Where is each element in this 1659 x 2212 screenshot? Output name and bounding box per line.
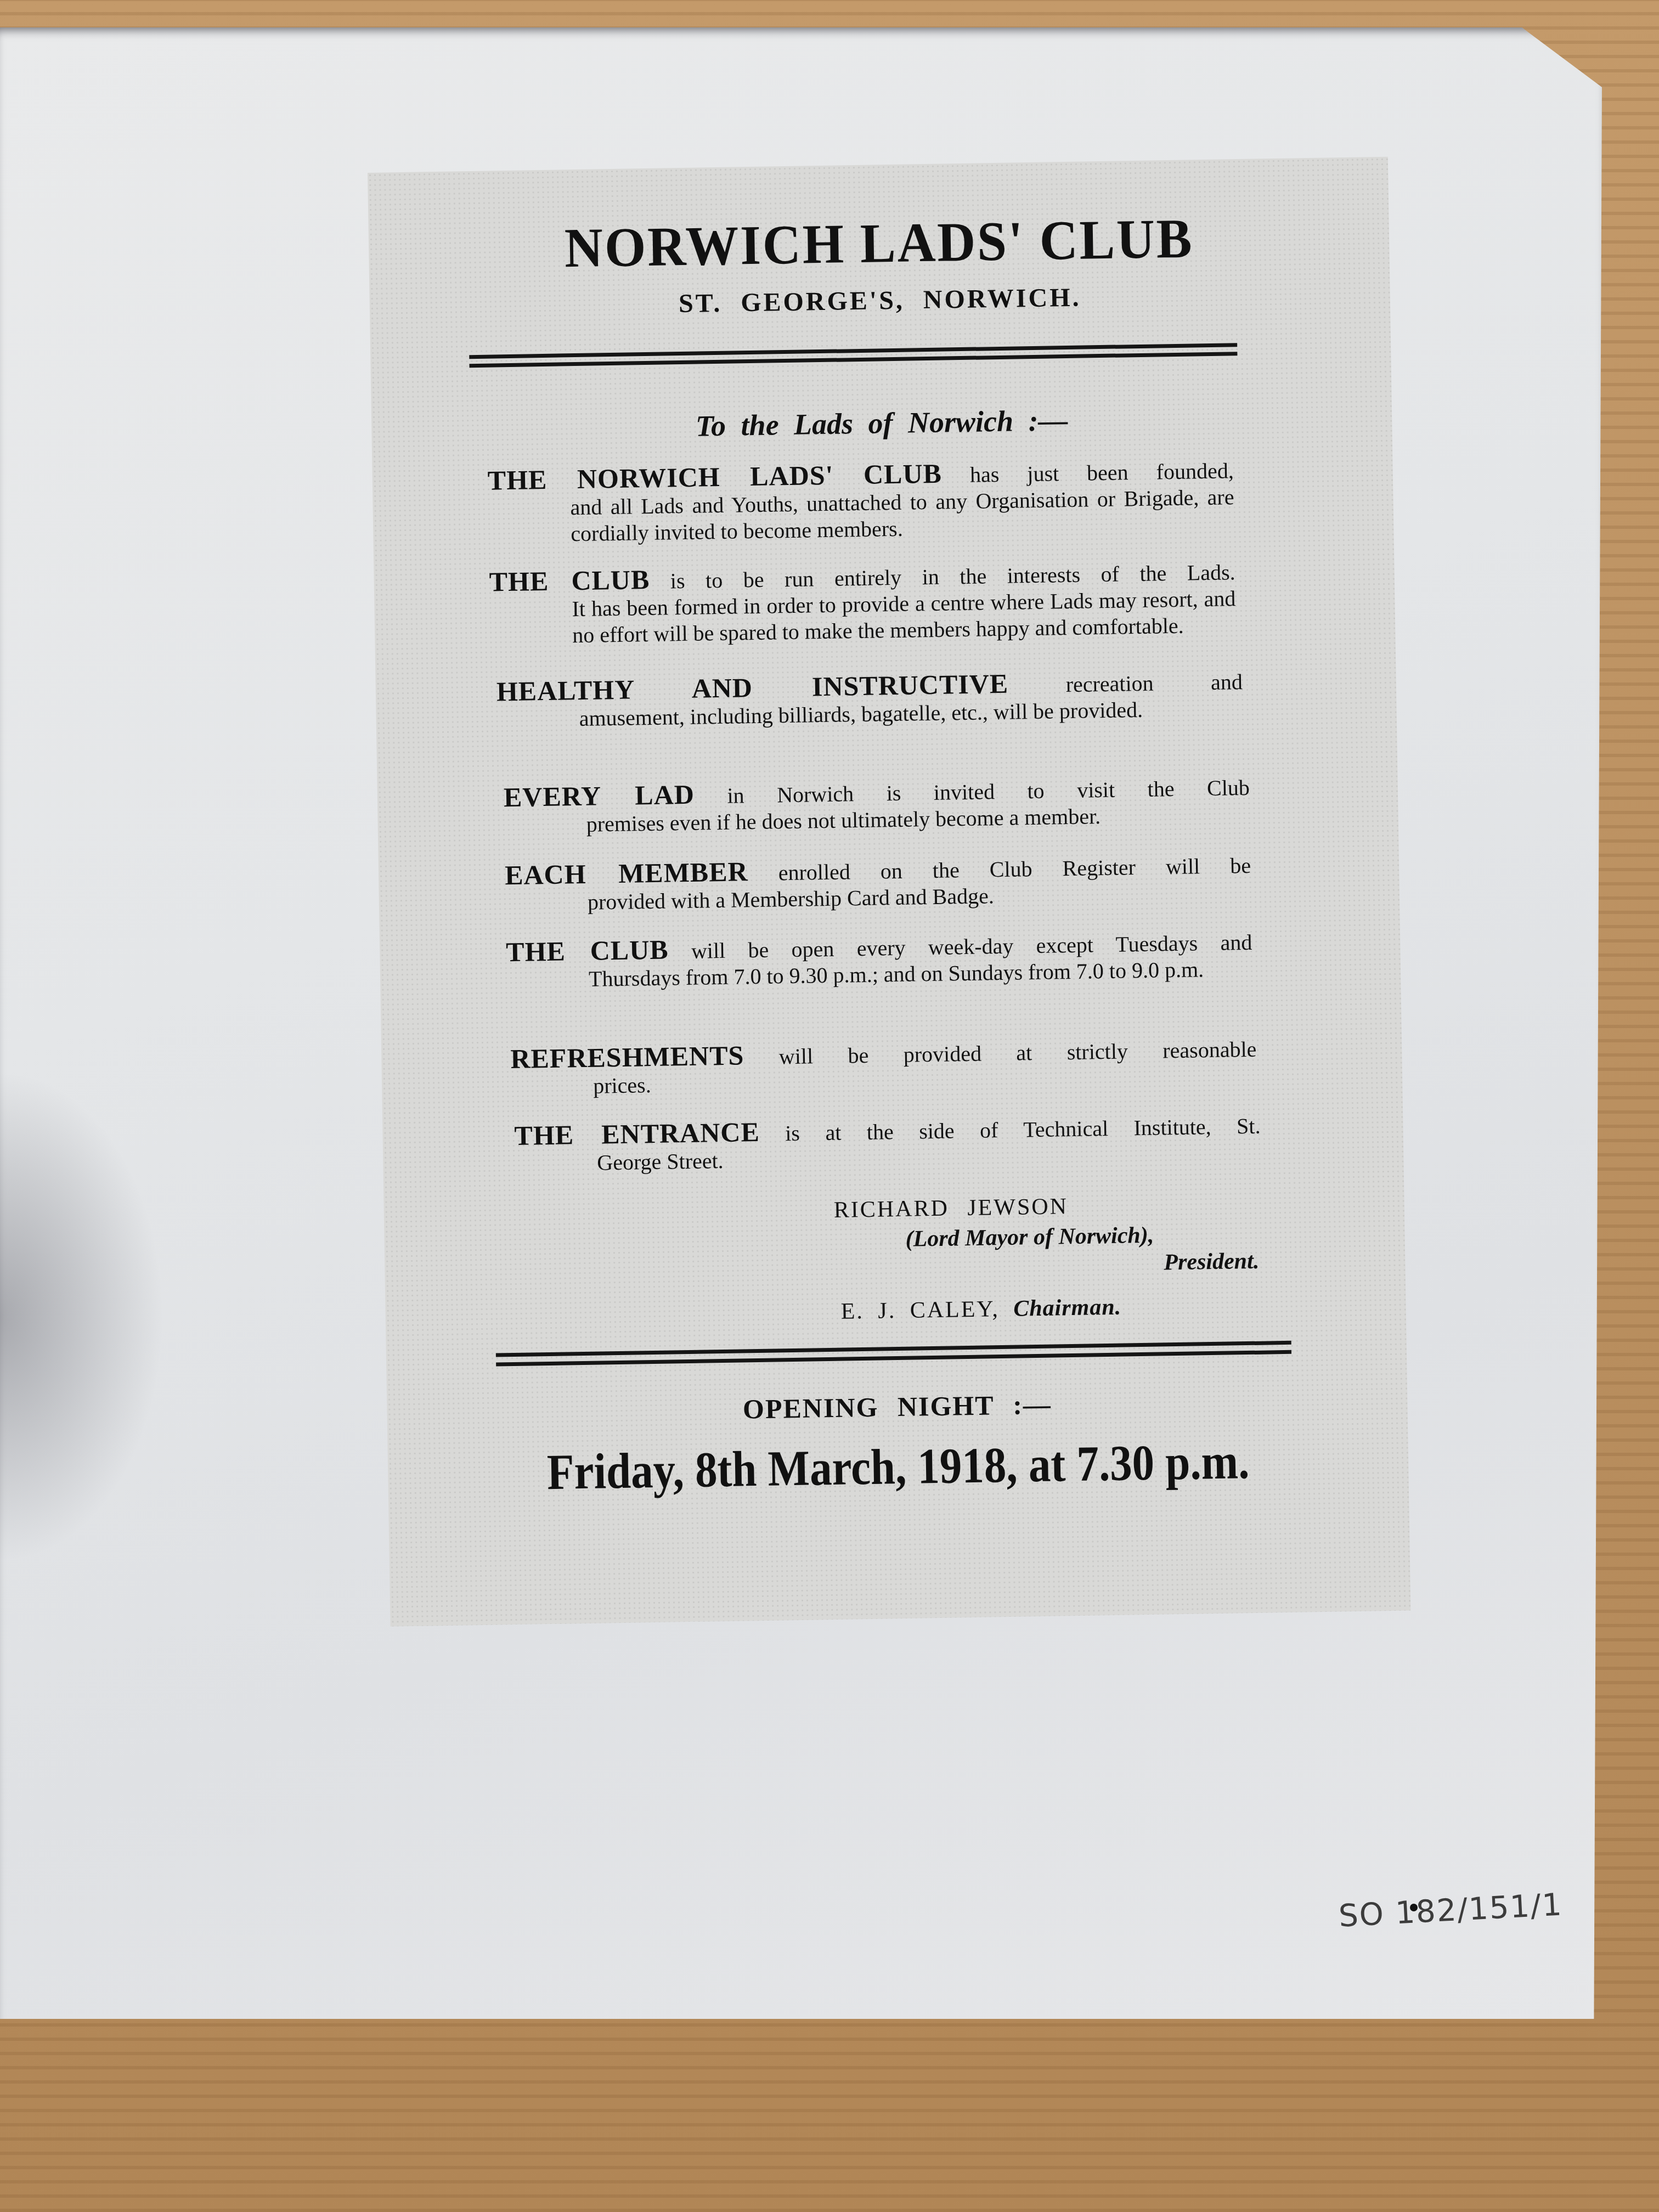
chairman-signature: E. J. CALEY, Chairman. [840,1294,1121,1325]
president-role: President. [1164,1248,1260,1276]
flyer-title: NORWICH LADS' CLUB [394,204,1364,284]
chairman-role: Chairman. [1013,1295,1122,1322]
paragraph-lead: THE CLUB [506,934,669,968]
paragraph-text: has just been founded, [970,458,1234,487]
paragraph: THE ENTRANCE is at the side of Technical… [514,1111,1261,1177]
paragraph: THE NORWICH LADS' CLUB has just been fou… [487,455,1234,548]
paragraph-lead: THE ENTRANCE [514,1116,760,1151]
paragraph: EACH MEMBER enrolled on the Club Registe… [505,850,1251,917]
opening-night-date: Friday, 8th March, 1918, at 7.30 p.m. [449,1430,1347,1503]
paragraph-lead: EVERY LAD [503,779,695,812]
flyer-document: NORWICH LADS' CLUB ST. GEORGE'S, NORWICH… [368,157,1410,1627]
paragraph-lead: REFRESHMENTS [510,1040,744,1074]
paragraph-lead: THE CLUB [489,564,650,597]
paragraph: THE CLUB is to be run entirely in the in… [489,557,1236,650]
mount-board: NORWICH LADS' CLUB ST. GEORGE'S, NORWICH… [0,27,1602,2019]
salutation: To the Lads of Norwich :— [371,398,1392,448]
shadow [0,1070,165,1564]
paragraph-continuation: and all Lads and Youths, unattached to a… [488,484,1234,548]
flyer-subtitle: ST. GEORGE'S, NORWICH. [369,278,1390,324]
paragraph: THE CLUB will be open every week-day exc… [506,927,1252,994]
paragraph: EVERY LAD in Norwich is invited to visit… [504,772,1250,839]
paragraph: HEALTHY AND INSTRUCTIVE recreation and a… [496,667,1243,733]
paragraph-lead: EACH MEMBER [505,856,748,890]
president-name: RICHARD JEWSON [833,1193,1068,1223]
chairman-name: E. J. CALEY, [840,1296,1000,1324]
president-note: (Lord Mayor of Norwich), [905,1222,1154,1252]
paragraph: REFRESHMENTS will be provided at strictl… [510,1034,1257,1101]
paragraph-continuation: It has been formed in order to provide a… [489,585,1236,650]
opening-night-label: OPENING NIGHT :— [387,1383,1408,1431]
paragraph-text: recreation and [1065,669,1243,697]
